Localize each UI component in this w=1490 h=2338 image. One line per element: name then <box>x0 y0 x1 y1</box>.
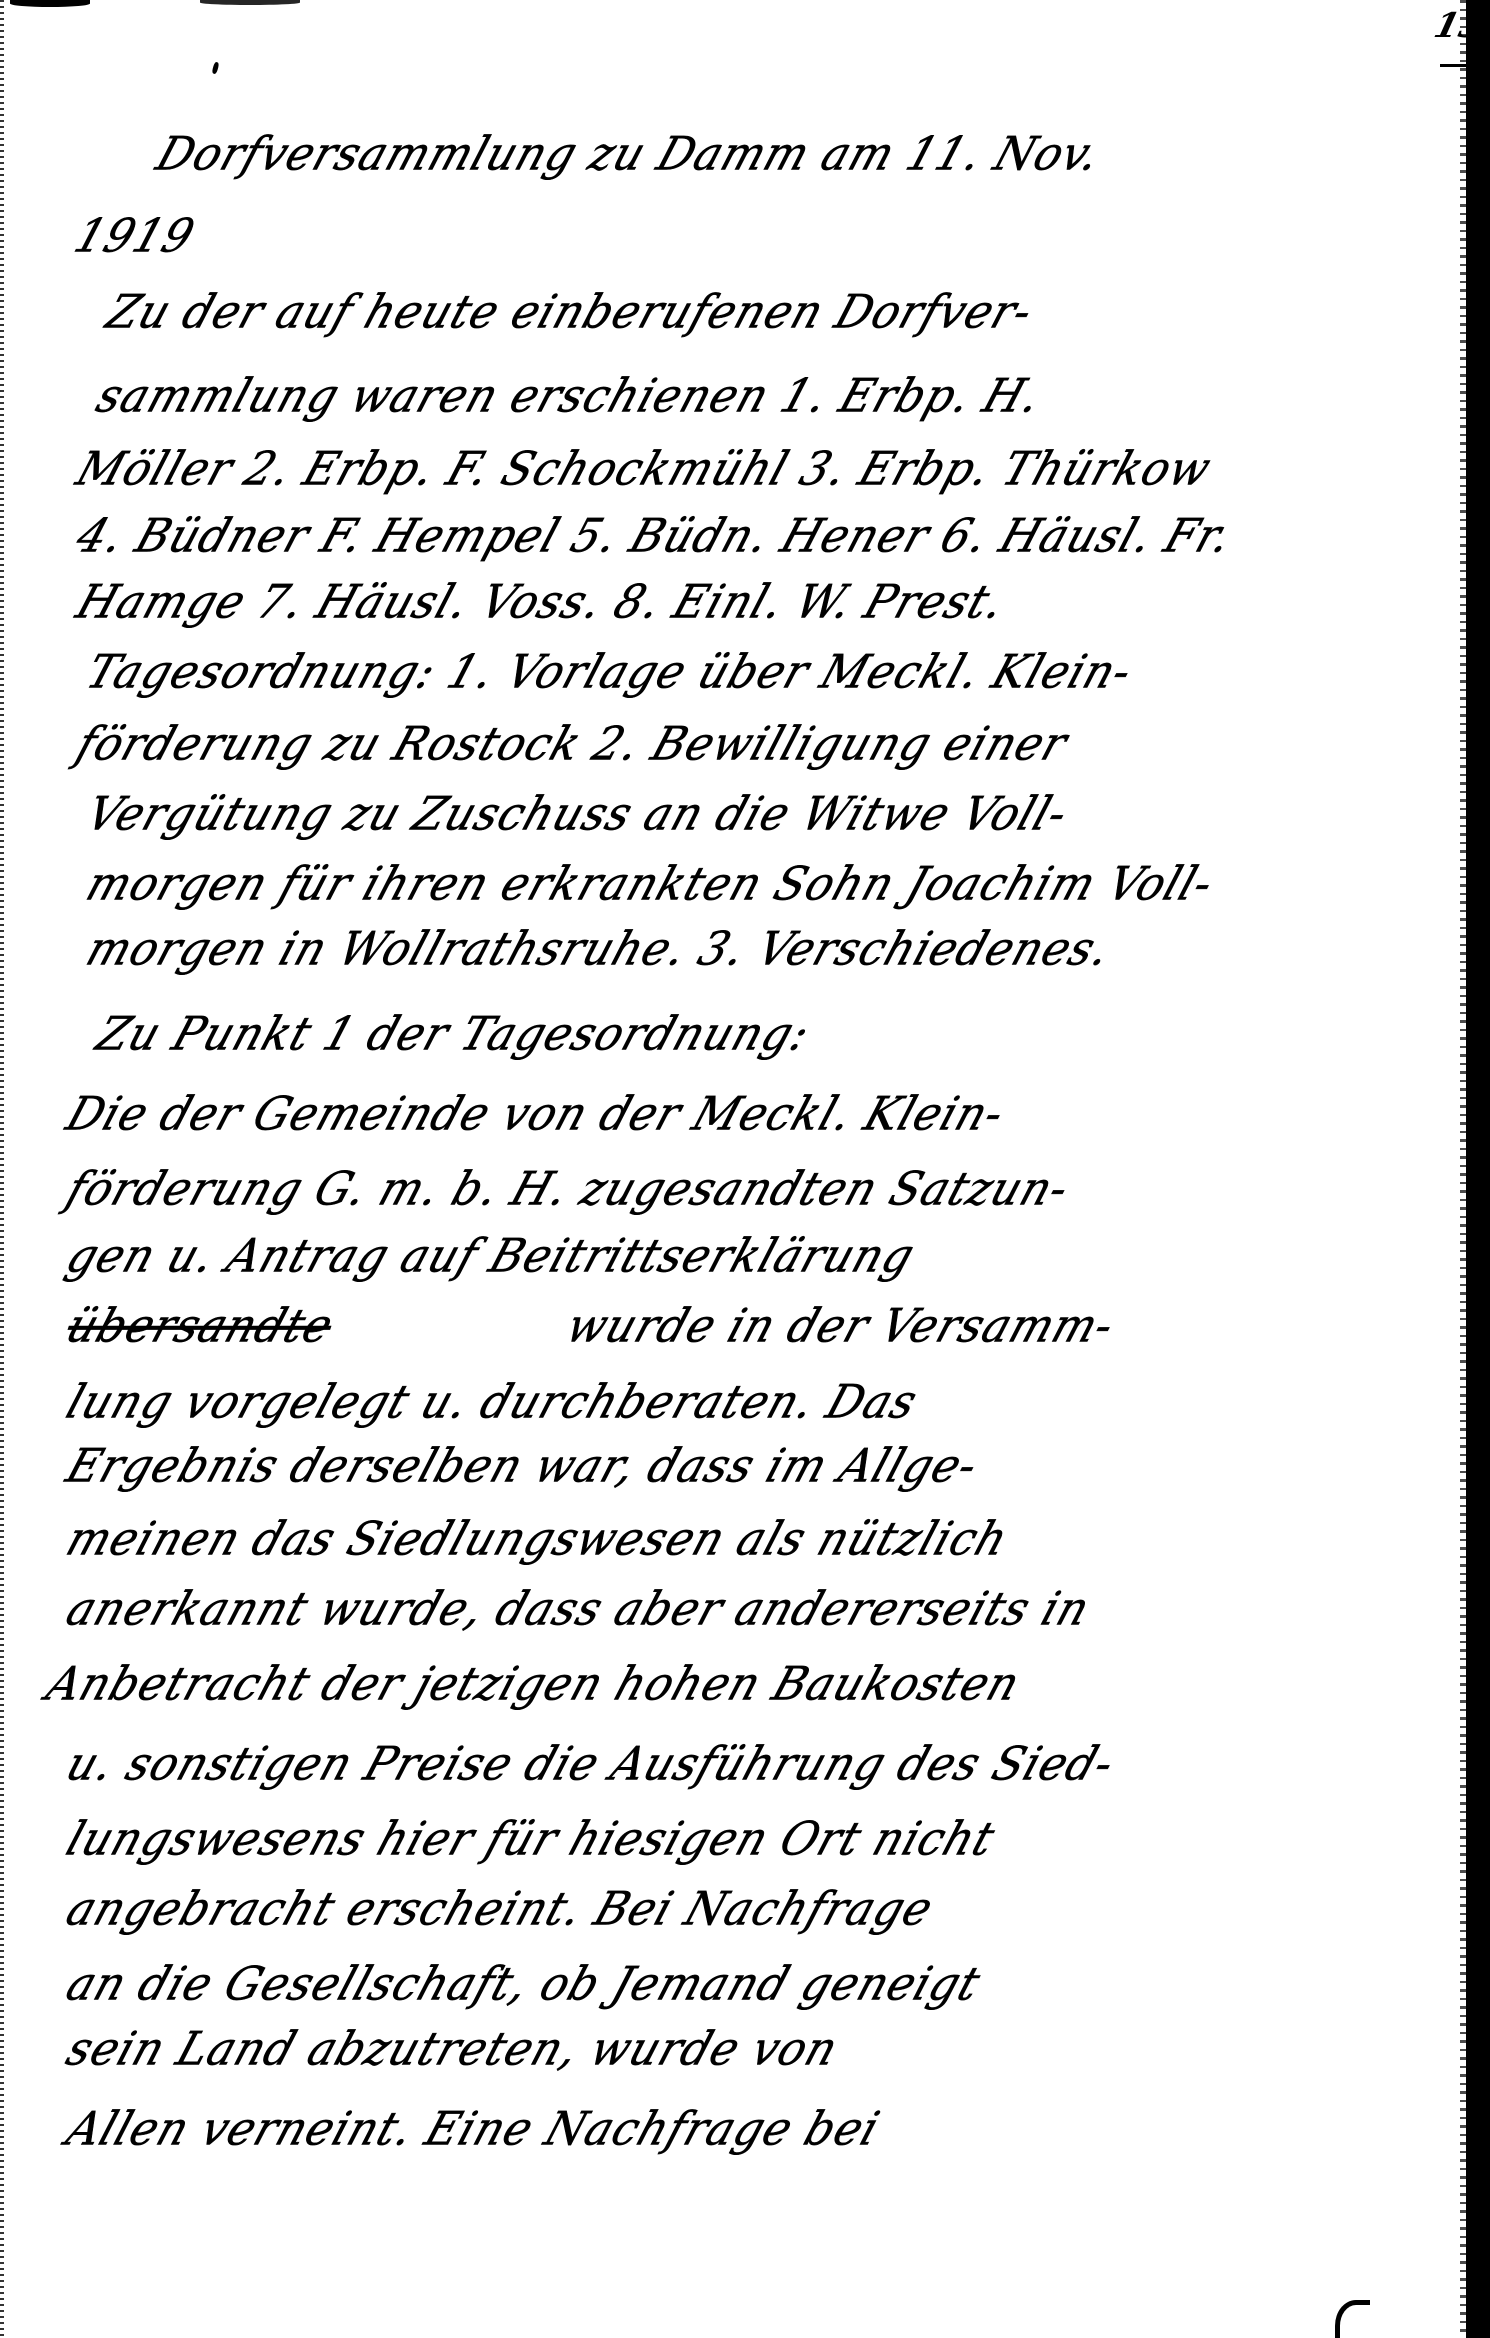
text-line: Hamge 7. Häusl. Voss. 8. Einl. W. Prest. <box>70 575 1012 629</box>
text-line: Die der Gemeinde von der Meckl. Klein- <box>60 1087 1011 1141</box>
text-line: angebracht erscheint. Bei Nachfrage <box>60 1882 940 1936</box>
ink-smudge <box>200 0 300 5</box>
text-line: sein Land abzutreten, wurde von <box>60 2022 845 2076</box>
page-number-underline <box>1440 64 1490 67</box>
document-page: 139 Dorfversammlung zu Damm am 11. Nov.1… <box>0 0 1490 2338</box>
ink-smudge <box>10 0 90 7</box>
text-line: sammlung waren erschienen 1. Erbp. H. <box>90 369 1048 423</box>
text-line: lung vorgelegt u. durchberaten. Das <box>60 1375 924 1429</box>
text-line: Tagesordnung: 1. Vorlage über Meckl. Kle… <box>80 645 1139 699</box>
text-line: u. sonstigen Preise die Ausführung des S… <box>60 1737 1121 1791</box>
text-line: förderung zu Rostock 2. Bewilligung eine… <box>70 717 1074 771</box>
text-line: anerkannt wurde, dass aber andererseits … <box>60 1582 1097 1636</box>
text-line: morgen in Wollrathsruhe. 3. Verschiedene… <box>80 922 1118 976</box>
ink-dot <box>212 62 220 75</box>
text-line: förderung G. m. b. H. zugesandten Satzun… <box>60 1162 1076 1216</box>
text-line: 1919 <box>68 209 201 263</box>
text-line: gen u. Antrag auf Beitrittserklärung <box>60 1229 921 1283</box>
text-line: Zu Punkt 1 der Tagesordnung: <box>90 1007 817 1061</box>
catchword-hook <box>1335 2300 1370 2338</box>
scan-edge-left <box>0 0 4 2338</box>
text-line: an die Gesellschaft, ob Jemand geneigt <box>60 1957 987 2011</box>
text-line: meinen das Siedlungswesen als nützlich <box>60 1512 1015 1566</box>
text-line: Zu der auf heute einberufenen Dorfver- <box>100 285 1040 339</box>
text-line: Allen verneint. Eine Nachfrage bei <box>60 2102 886 2156</box>
document-title: Dorfversammlung zu Damm am 11. Nov. <box>150 127 1108 181</box>
text-line: lungswesens hier für hiesigen Ort nicht <box>60 1812 1002 1866</box>
text-line: Möller 2. Erbp. F. Schockmühl 3. Erbp. T… <box>70 442 1218 496</box>
text-line: Ergebnis derselben war, dass im Allge- <box>60 1439 985 1493</box>
text-line: morgen für ihren erkrankten Sohn Joachim… <box>80 857 1220 911</box>
scan-edge-right <box>1466 0 1490 2338</box>
text-line: Anbetracht der jetzigen hohen Baukosten <box>40 1657 1027 1711</box>
text-line: Vergütung zu Zuschuss an die Witwe Voll- <box>80 787 1075 841</box>
text-line: 4. Büdner F. Hempel 5. Büdn. Hener 6. Hä… <box>70 509 1239 563</box>
text-line: wurde in der Versamm- <box>560 1299 1121 1353</box>
page-number: 139 <box>1430 6 1490 46</box>
struck-text-line: übersandte <box>60 1299 340 1353</box>
